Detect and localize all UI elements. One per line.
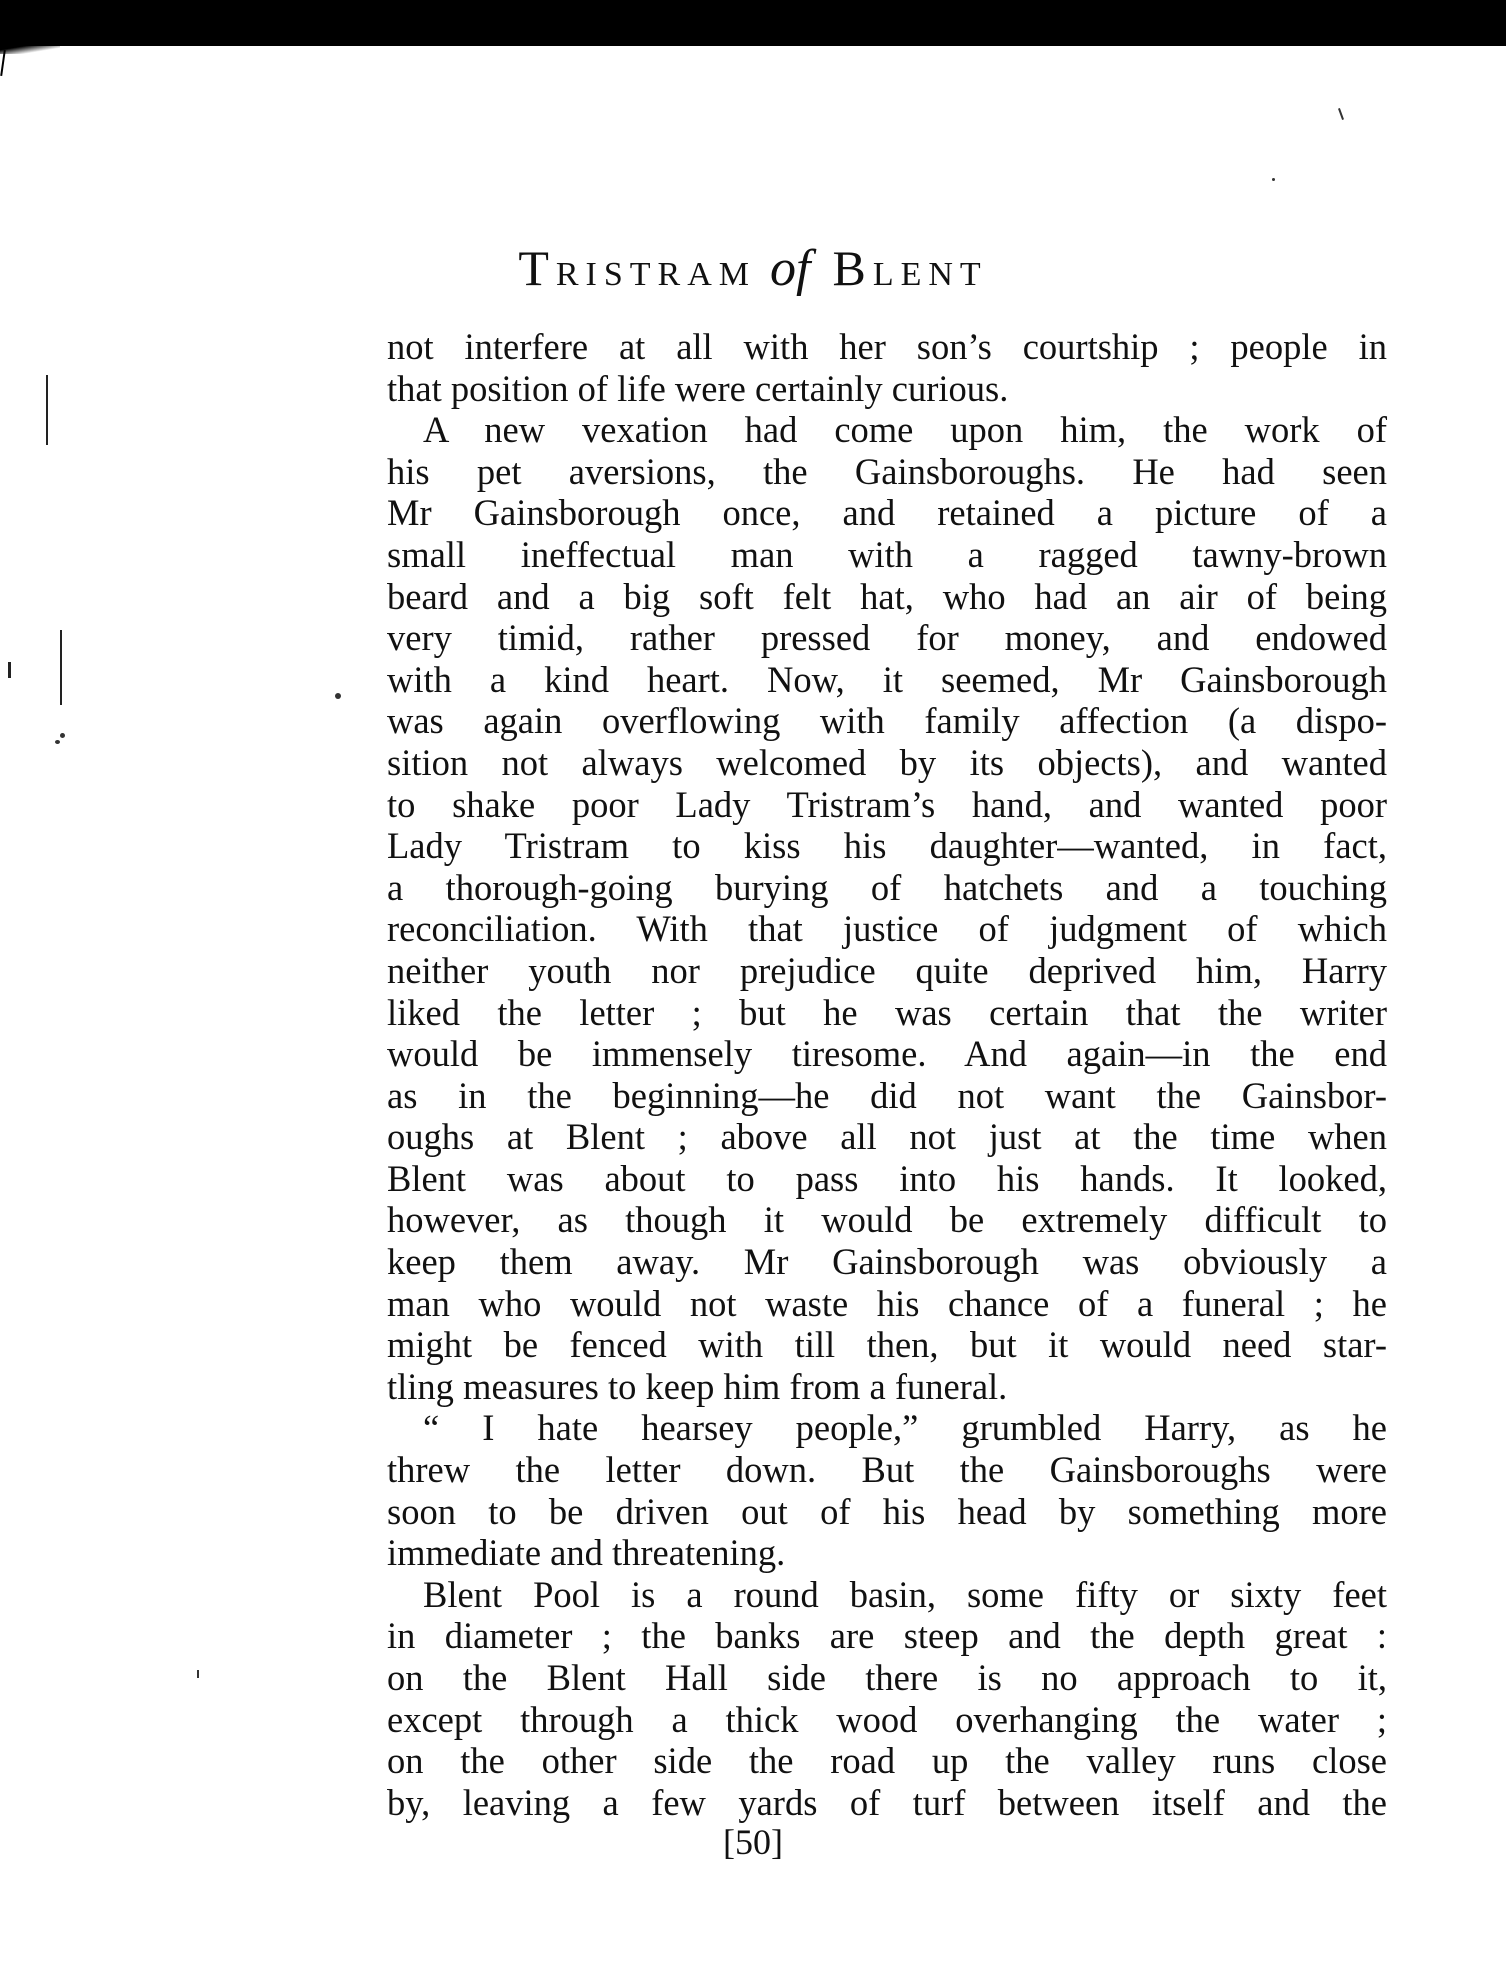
- text-line: in diameter ; the banks are steep and th…: [387, 1615, 1387, 1657]
- text-line: his pet aversions, the Gainsboroughs. He…: [387, 451, 1387, 493]
- scan-border-top: [0, 0, 1506, 46]
- text-line: Mr Gainsborough once, and retained a pic…: [387, 492, 1387, 534]
- text-line: soon to be driven out of his head by som…: [387, 1491, 1387, 1533]
- text-line: on the Blent Hall side there is no appro…: [387, 1657, 1387, 1699]
- text-line: except through a thick wood overhanging …: [387, 1699, 1387, 1741]
- running-head-of: of: [770, 240, 810, 297]
- text-line: immediate and threatening.: [387, 1532, 1387, 1574]
- text-line: to shake poor Lady Tristram’s hand, and …: [387, 784, 1387, 826]
- running-head-blent: LENT: [873, 256, 988, 293]
- text-line: reconciliation. With that justice of jud…: [387, 908, 1387, 950]
- text-line: a thorough-going burying of hatchets and…: [387, 867, 1387, 909]
- text-line: Lady Tristram to kiss his daughter—wante…: [387, 825, 1387, 867]
- text-line: not interfere at all with her son’s cour…: [387, 326, 1387, 368]
- text-line: Blent was about to pass into his hands. …: [387, 1158, 1387, 1200]
- text-line: threw the letter down. But the Gainsboro…: [387, 1449, 1387, 1491]
- page-number: [50]: [0, 1820, 1506, 1864]
- margin-speck: [197, 1670, 199, 1678]
- text-line: oughs at Blent ; above all not just at t…: [387, 1116, 1387, 1158]
- text-line: small ineffectual man with a ragged tawn…: [387, 534, 1387, 576]
- body-text: not interfere at all with her son’s cour…: [387, 326, 1387, 1823]
- text-line: “ I hate hearsey people,” grumbled Harry…: [387, 1407, 1387, 1449]
- text-line: would be immensely tiresome. And again—i…: [387, 1033, 1387, 1075]
- scan-border-corner: [0, 44, 60, 54]
- text-line: neither youth nor prejudice quite depriv…: [387, 950, 1387, 992]
- text-line: man who would not waste his chance of a …: [387, 1283, 1387, 1325]
- running-head: TRISTRAMofBLENT: [0, 238, 1506, 305]
- margin-speck: [60, 733, 65, 738]
- text-line: by, leaving a few yards of turf between …: [387, 1782, 1387, 1824]
- text-line: sition not always welcomed by its object…: [387, 742, 1387, 784]
- text-line: very timid, rather pressed for money, an…: [387, 617, 1387, 659]
- margin-speck: [335, 693, 341, 699]
- text-line: keep them away. Mr Gainsborough was obvi…: [387, 1241, 1387, 1283]
- margin-speck: [1338, 108, 1344, 120]
- margin-mark: [60, 630, 62, 705]
- text-line: was again overflowing with family affect…: [387, 700, 1387, 742]
- margin-speck: [1272, 178, 1275, 181]
- text-line: liked the letter ; but he was certain th…: [387, 992, 1387, 1034]
- text-line: tling measures to keep him from a funera…: [387, 1366, 1387, 1408]
- margin-mark: [8, 662, 11, 678]
- text-line: however, as though it would be extremely…: [387, 1199, 1387, 1241]
- text-line: Blent Pool is a round basin, some fifty …: [387, 1574, 1387, 1616]
- text-line: on the other side the road up the valley…: [387, 1740, 1387, 1782]
- margin-mark: [46, 375, 48, 445]
- text-line: as in the beginning—he did not want the …: [387, 1075, 1387, 1117]
- text-line: might be fenced with till then, but it w…: [387, 1324, 1387, 1366]
- running-head-initial-t: T: [518, 240, 556, 296]
- margin-speck: [55, 740, 60, 744]
- running-head-tristram: RISTRAM: [556, 256, 756, 293]
- text-line: with a kind heart. Now, it seemed, Mr Ga…: [387, 659, 1387, 701]
- text-line: beard and a big soft felt hat, who had a…: [387, 576, 1387, 618]
- text-line: A new vexation had come upon him, the wo…: [387, 409, 1387, 451]
- text-line: that position of life were certainly cur…: [387, 368, 1387, 410]
- running-head-initial-b: B: [832, 240, 872, 296]
